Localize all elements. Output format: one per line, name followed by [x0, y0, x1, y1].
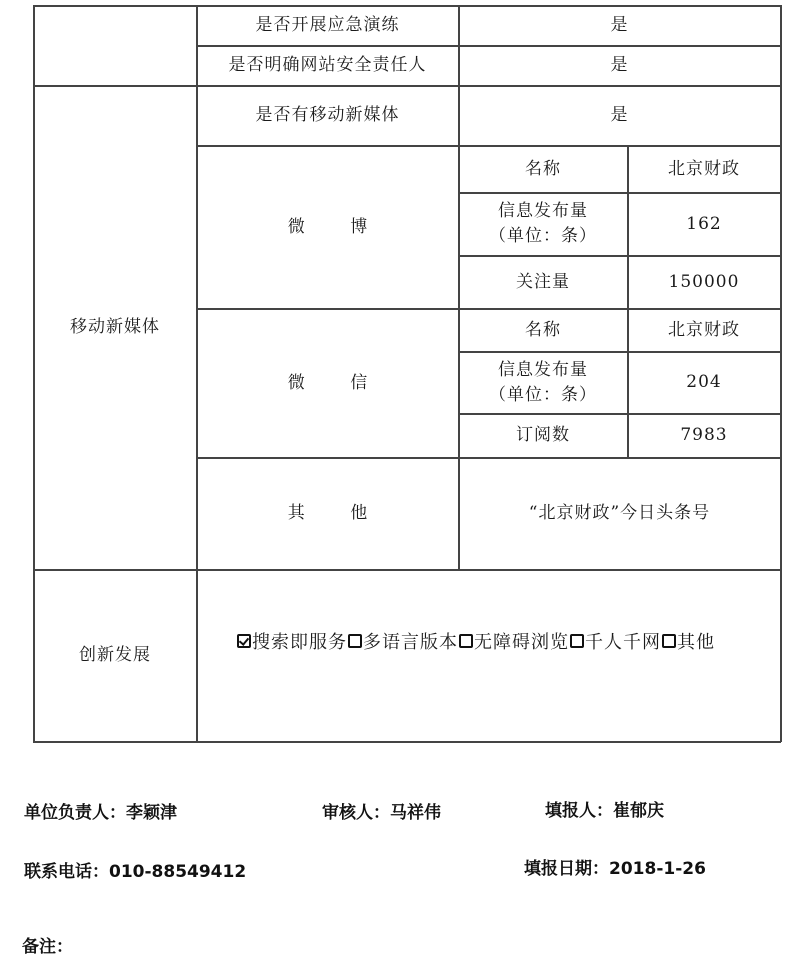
security-owner-value: 是 [459, 46, 780, 85]
other-media-label: 其 他 [197, 458, 458, 569]
weibo-posts-label-line2: （单位：条） [489, 224, 597, 249]
weibo-name-label: 名称 [459, 146, 627, 192]
weibo-label: 微 博 [197, 146, 458, 308]
option-multilingual-label: 多语言版本 [363, 628, 458, 654]
filler: 填报人：崔郁庆 [545, 796, 664, 821]
checkbox-personalized[interactable] [570, 634, 584, 648]
checkbox-search-service[interactable] [237, 634, 251, 648]
innovation-options: 搜索即服务 多语言版本 无障碍浏览 千人千网 其他 [236, 628, 715, 654]
weibo-posts-label: 信息发布量 （单位：条） [459, 193, 627, 255]
table-border-bottom [33, 741, 781, 743]
option-other-label: 其他 [677, 628, 715, 654]
innovation-label: 创新发展 [34, 570, 196, 741]
option-search-service-label: 搜索即服务 [252, 628, 347, 654]
remarks: 备注： [22, 932, 73, 957]
weixin-posts-value: 204 [628, 352, 780, 413]
table-border-right [780, 5, 782, 742]
checkbox-accessibility[interactable] [459, 634, 473, 648]
weixin-label: 微 信 [197, 309, 458, 457]
option-personalized-label: 千人千网 [585, 628, 661, 654]
reviewer: 审核人：马祥伟 [322, 798, 441, 823]
fill-date: 填报日期：2018-1-26 [524, 854, 706, 879]
weixin-posts-label: 信息发布量 （单位：条） [459, 352, 627, 413]
weixin-name-value: 北京财政 [628, 309, 780, 351]
security-owner-label: 是否明确网站安全责任人 [197, 46, 458, 85]
weibo-followers-value: 150000 [628, 256, 780, 308]
weibo-followers-label: 关注量 [459, 256, 627, 308]
contact-phone: 联系电话：010-88549412 [24, 857, 246, 882]
weixin-posts-label-line1: 信息发布量 [498, 358, 588, 383]
weibo-name-value: 北京财政 [628, 146, 780, 192]
weixin-posts-label-line2: （单位：条） [489, 383, 597, 408]
weixin-subscribers-label: 订阅数 [459, 414, 627, 457]
weixin-subscribers-value: 7983 [628, 414, 780, 457]
weibo-posts-label-line1: 信息发布量 [498, 199, 588, 224]
option-accessibility-label: 无障碍浏览 [474, 628, 569, 654]
has-mobile-media-value: 是 [459, 86, 780, 145]
drill-label: 是否开展应急演练 [197, 6, 458, 45]
has-mobile-media-label: 是否有移动新媒体 [197, 86, 458, 145]
unit-head: 单位负责人：李颖津 [24, 798, 177, 823]
weixin-name-label: 名称 [459, 309, 627, 351]
checkbox-multilingual[interactable] [348, 634, 362, 648]
weibo-posts-value: 162 [628, 193, 780, 255]
drill-value: 是 [459, 6, 780, 45]
mobile-media-section-label: 移动新媒体 [34, 86, 196, 569]
checkbox-other[interactable] [662, 634, 676, 648]
other-media-value: “北京财政”今日头条号 [459, 458, 780, 569]
